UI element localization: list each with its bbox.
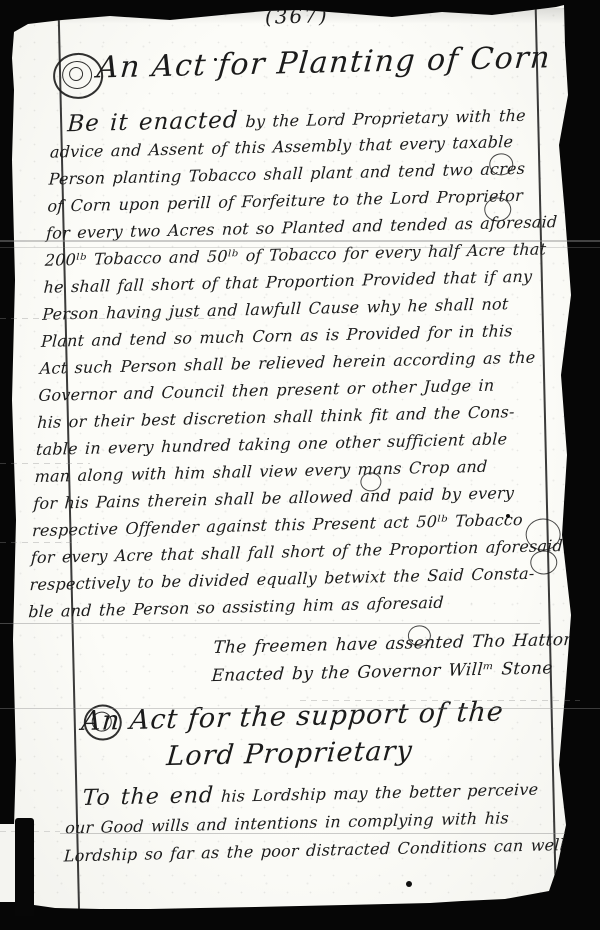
ink-speck [214,58,217,61]
scan-streak [0,623,540,624]
act1-body: Be it enactedby the Lord Proprietary wit… [28,101,534,626]
scan-streak [300,700,580,701]
scan-streak [0,247,600,248]
scan-ink-bar [15,818,34,916]
page-number: (367) [242,3,353,29]
ink-speck [506,514,510,518]
page-content: (367) An Act for Planting of Corn Be it … [0,0,600,930]
page-fold-sliver [0,824,16,902]
ink-speck [406,881,412,887]
scan-streak [60,833,565,834]
scan-streak [0,542,78,543]
act1-opening-lead: Be it enacted [67,107,240,137]
act2-title: An Act for the support of the Lord Propr… [73,693,509,777]
flourish-loop-icon [530,550,558,575]
scan-streak [0,240,600,242]
scan-streak [0,463,90,464]
scanned-page: (367) An Act for Planting of Corn Be it … [0,0,600,930]
act2-opening-lead: To the end [82,783,215,811]
assent-block: The freemen have assented Tho Hatton Ena… [211,626,576,690]
act2-body: To the endhis Lordship may the better pe… [63,774,557,870]
act1-line-text: by the Lord Proprietary with the [245,106,526,131]
act2-line-text: his Lordship may the better perceive [221,780,539,806]
act1-title: An Act for Planting of Corn [95,41,518,86]
scan-streak [0,318,235,319]
paper-sheet: (367) An Act for Planting of Corn Be it … [0,0,600,930]
scan-streak [0,708,600,709]
